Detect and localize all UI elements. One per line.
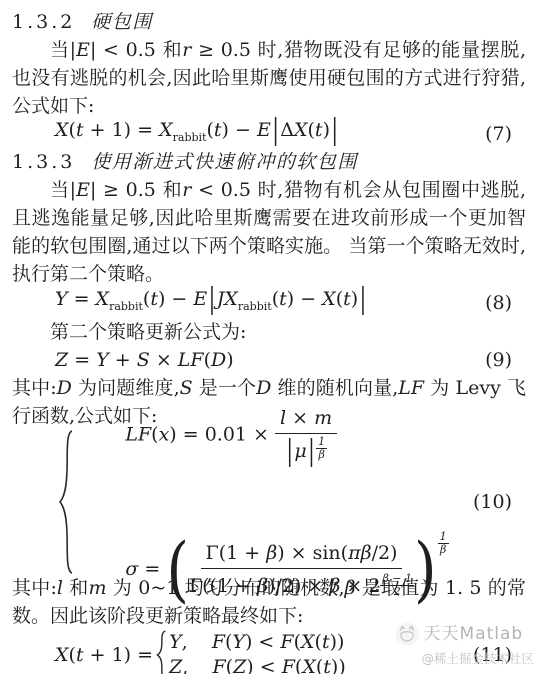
text-run: F <box>212 631 225 653</box>
text-run: Z <box>233 656 246 674</box>
watermark-handle: @稀土掘金技术社区 <box>421 645 534 673</box>
text-run: = <box>68 288 96 310</box>
section-title: 使用渐进式快速俯冲的软包围 <box>91 148 358 176</box>
equation-9: Z = Y + S × LF(D) (9) <box>12 346 526 374</box>
equation-11-lhs: X(t + 1) = <box>55 641 153 669</box>
text-run: E <box>76 39 90 61</box>
text-run: | <box>358 278 367 320</box>
text-run: ) × sin( <box>277 542 348 564</box>
text-run: F <box>212 656 225 674</box>
text-run: E <box>76 179 90 201</box>
text-run: rabbit <box>173 131 207 144</box>
text-run: 当 <box>50 179 70 201</box>
equation-9-body: Z = Y + S × LF(D) <box>55 346 234 374</box>
text-run: D <box>57 377 72 399</box>
text-run: )) <box>331 656 346 674</box>
text-run: ( <box>204 349 211 371</box>
watermark-row: 天天Matlab <box>394 620 534 648</box>
equation-8-number: (8) <box>485 289 512 317</box>
equation-10-number: (10) <box>473 488 512 516</box>
text-run: E <box>257 119 271 141</box>
text-run: ) <box>226 349 233 371</box>
text-run: ( <box>336 288 343 310</box>
text-run: X <box>159 119 173 141</box>
text-run: 和 <box>163 179 183 201</box>
paragraph-hard-besiege: 当|E| < 0.5 和r ≥ 0.5 时,猎物既没有足够的能量摆脱,也没有逃脱… <box>12 36 526 120</box>
equation-11-cases: Y, F(Y) < F(X(t)) Z, F(Z) < F(X(t)) <box>169 630 346 674</box>
equation-10-lf-row: LF(x) = 0.01 × l × m|μ|1β <box>77 376 449 493</box>
watermark-logo-icon <box>394 621 420 647</box>
left-brace-icon <box>156 630 167 674</box>
text-run: t <box>323 656 331 674</box>
text-run: 其中: <box>12 377 57 399</box>
text-run: | ≥ 0.5 <box>90 179 163 201</box>
text-run: S <box>137 349 150 371</box>
text-run: X <box>294 119 308 141</box>
equation-8-body: Y = Xrabbit(t) − E|JXrabbit(t) − X(t)| <box>55 285 368 321</box>
text-run: × <box>286 407 314 429</box>
equation-7-number: (7) <box>485 120 512 148</box>
text-run: ( <box>315 631 322 653</box>
text-run: rabbit <box>109 300 143 313</box>
text-run: + 1) = <box>84 644 153 666</box>
text-run: X <box>55 119 69 141</box>
text-run: 和 <box>163 39 183 61</box>
text-run: ) <box>323 119 330 141</box>
text-run: rabbit <box>238 300 272 313</box>
text-run: X <box>302 656 316 674</box>
text-run: Y <box>169 631 182 653</box>
lf-lhs: LF(x) = 0.01 × <box>125 424 275 446</box>
exp-denominator: β <box>318 449 324 461</box>
text-run: ) − <box>287 288 322 310</box>
big-paren-left: ( <box>166 539 189 600</box>
text-run: ) < <box>245 631 280 653</box>
paragraph-soft-besiege: 当|E| ≥ 0.5 和r < 0.5 时,猎物有机会从包围圈中逃脱,且逃逸能量… <box>12 176 526 288</box>
text-run: , <box>182 631 212 653</box>
section-number: 1.3.3 <box>12 148 75 176</box>
text-run: X <box>96 288 110 310</box>
text-run: )) <box>330 631 345 653</box>
text-run: t <box>214 119 222 141</box>
text-run: LF <box>178 349 204 371</box>
text-run: ) − <box>222 119 257 141</box>
text-run: m <box>314 407 332 429</box>
section-heading-133: 1.3.3 使用渐进式快速俯冲的软包围 <box>12 148 526 176</box>
text-run: r <box>182 179 191 201</box>
text-run: + <box>109 349 137 371</box>
left-brace-icon <box>58 429 74 575</box>
text-run: x <box>159 424 170 446</box>
text-run: t <box>315 119 323 141</box>
text-run: t <box>322 631 330 653</box>
text-run: Y <box>55 288 68 310</box>
lf-fraction-denominator: |μ|1β <box>285 434 327 465</box>
text-run: πβ <box>348 542 371 564</box>
equation-10: LF(x) = 0.01 × l × m|μ|1β σ = (Γ(1 + β) … <box>58 430 526 574</box>
text-run: ) <box>351 288 358 310</box>
text-run: ( <box>272 288 279 310</box>
text-run: r <box>182 39 191 61</box>
text-run: ) = 0.01 × <box>169 424 275 446</box>
text-run: 和 <box>63 577 89 599</box>
text-run: t <box>279 288 287 310</box>
mu-exponent: 1β <box>316 436 327 461</box>
text-run: Y <box>232 631 245 653</box>
text-run: m <box>88 577 106 599</box>
text-run: × <box>150 349 178 371</box>
text-run: ( <box>206 119 213 141</box>
outer-exponent: 1β <box>438 531 449 556</box>
text-run: t <box>76 119 84 141</box>
text-run: X <box>301 631 315 653</box>
text-run: F <box>280 631 293 653</box>
text-run: ) − <box>158 288 193 310</box>
text-run: ( <box>226 656 233 674</box>
case-z: Z, F(Z) < F(X(t)) <box>169 655 346 674</box>
text-run: ( <box>294 631 301 653</box>
text-run: 为 0~1 均匀分布的随机数, <box>107 577 345 599</box>
document-page: 1.3.2 硬包围 当|E| < 0.5 和r ≥ 0.5 时,猎物既没有足够的… <box>0 0 536 674</box>
text-run: D <box>211 349 226 371</box>
big-paren-right: ) <box>414 539 437 600</box>
text-run: Z <box>55 349 68 371</box>
text-run: t <box>343 288 351 310</box>
text-run: = <box>68 349 96 371</box>
text-run: F <box>282 656 295 674</box>
text-run: X <box>322 288 336 310</box>
text-run: ( <box>151 424 158 446</box>
text-run: | <box>207 278 216 320</box>
case-y: Y, F(Y) < F(X(t)) <box>169 630 346 655</box>
text-run: μ <box>294 440 306 462</box>
text-run: | <box>285 430 294 472</box>
text-run: 当 <box>50 39 70 61</box>
text-run: Y <box>96 349 109 371</box>
text-run: LF <box>125 424 151 446</box>
text-run: + 1) = <box>84 119 160 141</box>
text-run: β <box>266 542 277 564</box>
text-run: X <box>55 644 69 666</box>
text-run: t <box>150 288 158 310</box>
text-run: Z <box>169 656 182 674</box>
text-run: , <box>182 656 212 674</box>
mu-abs: |μ| <box>285 440 316 462</box>
equation-9-number: (9) <box>485 346 512 374</box>
paragraph-strategy2-lead: 第二个策略更新公式为: <box>12 318 526 346</box>
text-run: | < 0.5 <box>90 39 163 61</box>
watermark-name: 天天Matlab <box>423 620 523 648</box>
text-run: β <box>345 577 356 599</box>
text-run: ) < <box>246 656 281 674</box>
watermark: 天天Matlab @稀土掘金技术社区 <box>394 620 534 673</box>
equation-8: Y = Xrabbit(t) − E|JXrabbit(t) − X(t)| (… <box>12 288 526 318</box>
section-number: 1.3.2 <box>12 8 75 36</box>
text-run: ( <box>308 119 315 141</box>
text-run: t <box>76 644 84 666</box>
text-run: ≥ 0.5 <box>191 39 257 61</box>
text-run: Δ <box>280 119 294 141</box>
text-run: | <box>330 109 339 151</box>
text-run: Γ(1 + <box>206 542 267 564</box>
text-run: JX <box>217 288 238 310</box>
text-run: ( <box>69 644 76 666</box>
equation-7-body: X(t + 1) = Xrabbit(t) − E|ΔX(t)| <box>55 116 339 152</box>
text-run: | <box>307 430 316 472</box>
equation-7: X(t + 1) = Xrabbit(t) − E|ΔX(t)| (7) <box>12 120 526 148</box>
text-run: ( <box>69 119 76 141</box>
sigma-fraction-numerator: Γ(1 + β) × sin(πβ/2) <box>201 539 403 569</box>
section-heading-132: 1.3.2 硬包围 <box>12 8 526 36</box>
text-run: 其中: <box>12 577 57 599</box>
lf-fraction: l × m|μ|1β <box>275 404 337 465</box>
text-run: /2) <box>372 542 398 564</box>
section-title: 硬包围 <box>91 8 153 36</box>
exp-denominator: β <box>440 544 446 556</box>
text-run: Levy <box>455 377 500 399</box>
text-run: E <box>193 288 207 310</box>
text-run: | <box>271 109 280 151</box>
text-run: < 0.5 <box>191 179 257 201</box>
